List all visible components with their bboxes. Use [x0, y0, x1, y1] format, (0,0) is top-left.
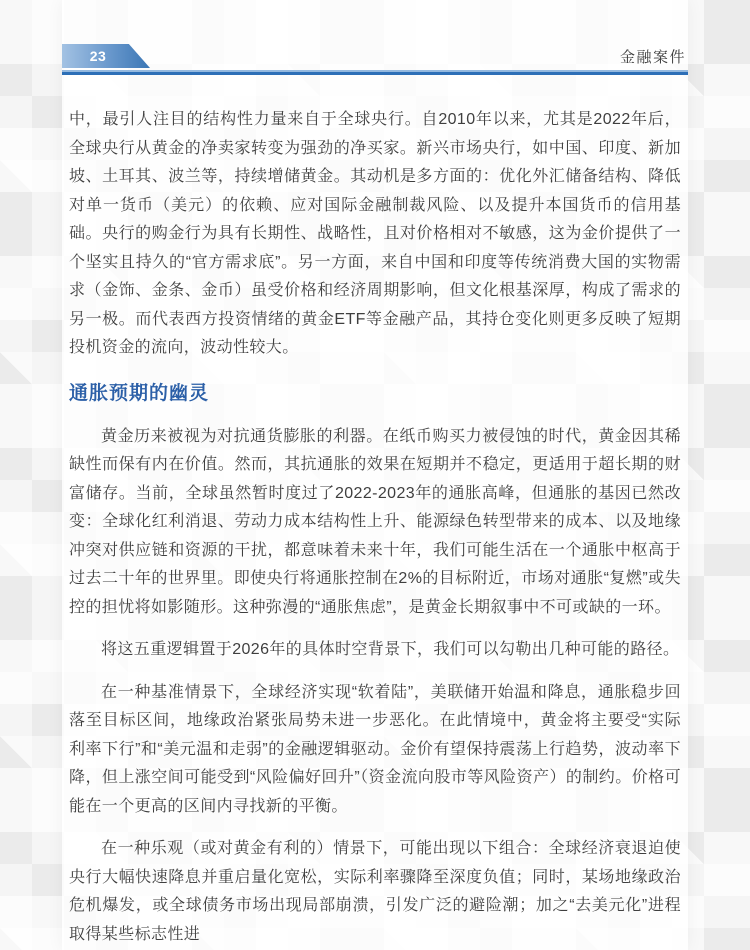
page-number-badge: 23: [62, 44, 150, 68]
page-header: 23 金融案件: [62, 0, 688, 75]
document-page: 23 金融案件 中，最引人注目的结构性力量来自于全球央行。自2010年以来，尤其…: [62, 0, 688, 950]
body-paragraph: 在一种基准情景下，全球经济实现“软着陆”，美联储开始温和降息，通胀稳步回落至目标…: [69, 679, 681, 822]
body-paragraph: 黄金历来被视为对抗通货膨胀的利器。在纸币购买力被侵蚀的时代，黄金因其稀缺性而保有…: [69, 423, 681, 623]
page-number: 23: [90, 48, 107, 64]
header-divider: [62, 70, 688, 75]
header-title: 金融案件: [620, 46, 686, 67]
section-heading: 通胀预期的幽灵: [69, 379, 681, 409]
body-paragraph: 在一种乐观（或对黄金有利的）情景下，可能出现以下组合：全球经济衰退迫使央行大幅快…: [69, 835, 681, 949]
body-paragraph: 中，最引人注目的结构性力量来自于全球央行。自2010年以来，尤其是2022年后，…: [69, 106, 681, 363]
screenshot-root: { "theme": { "accent_blue": "#2d6fb7", "…: [0, 0, 750, 950]
body-paragraph: 将这五重逻辑置于2026年的具体时空背景下，我们可以勾勒出几种可能的路径。: [69, 636, 681, 665]
page-body: 中，最引人注目的结构性力量来自于全球央行。自2010年以来，尤其是2022年后，…: [62, 75, 688, 949]
